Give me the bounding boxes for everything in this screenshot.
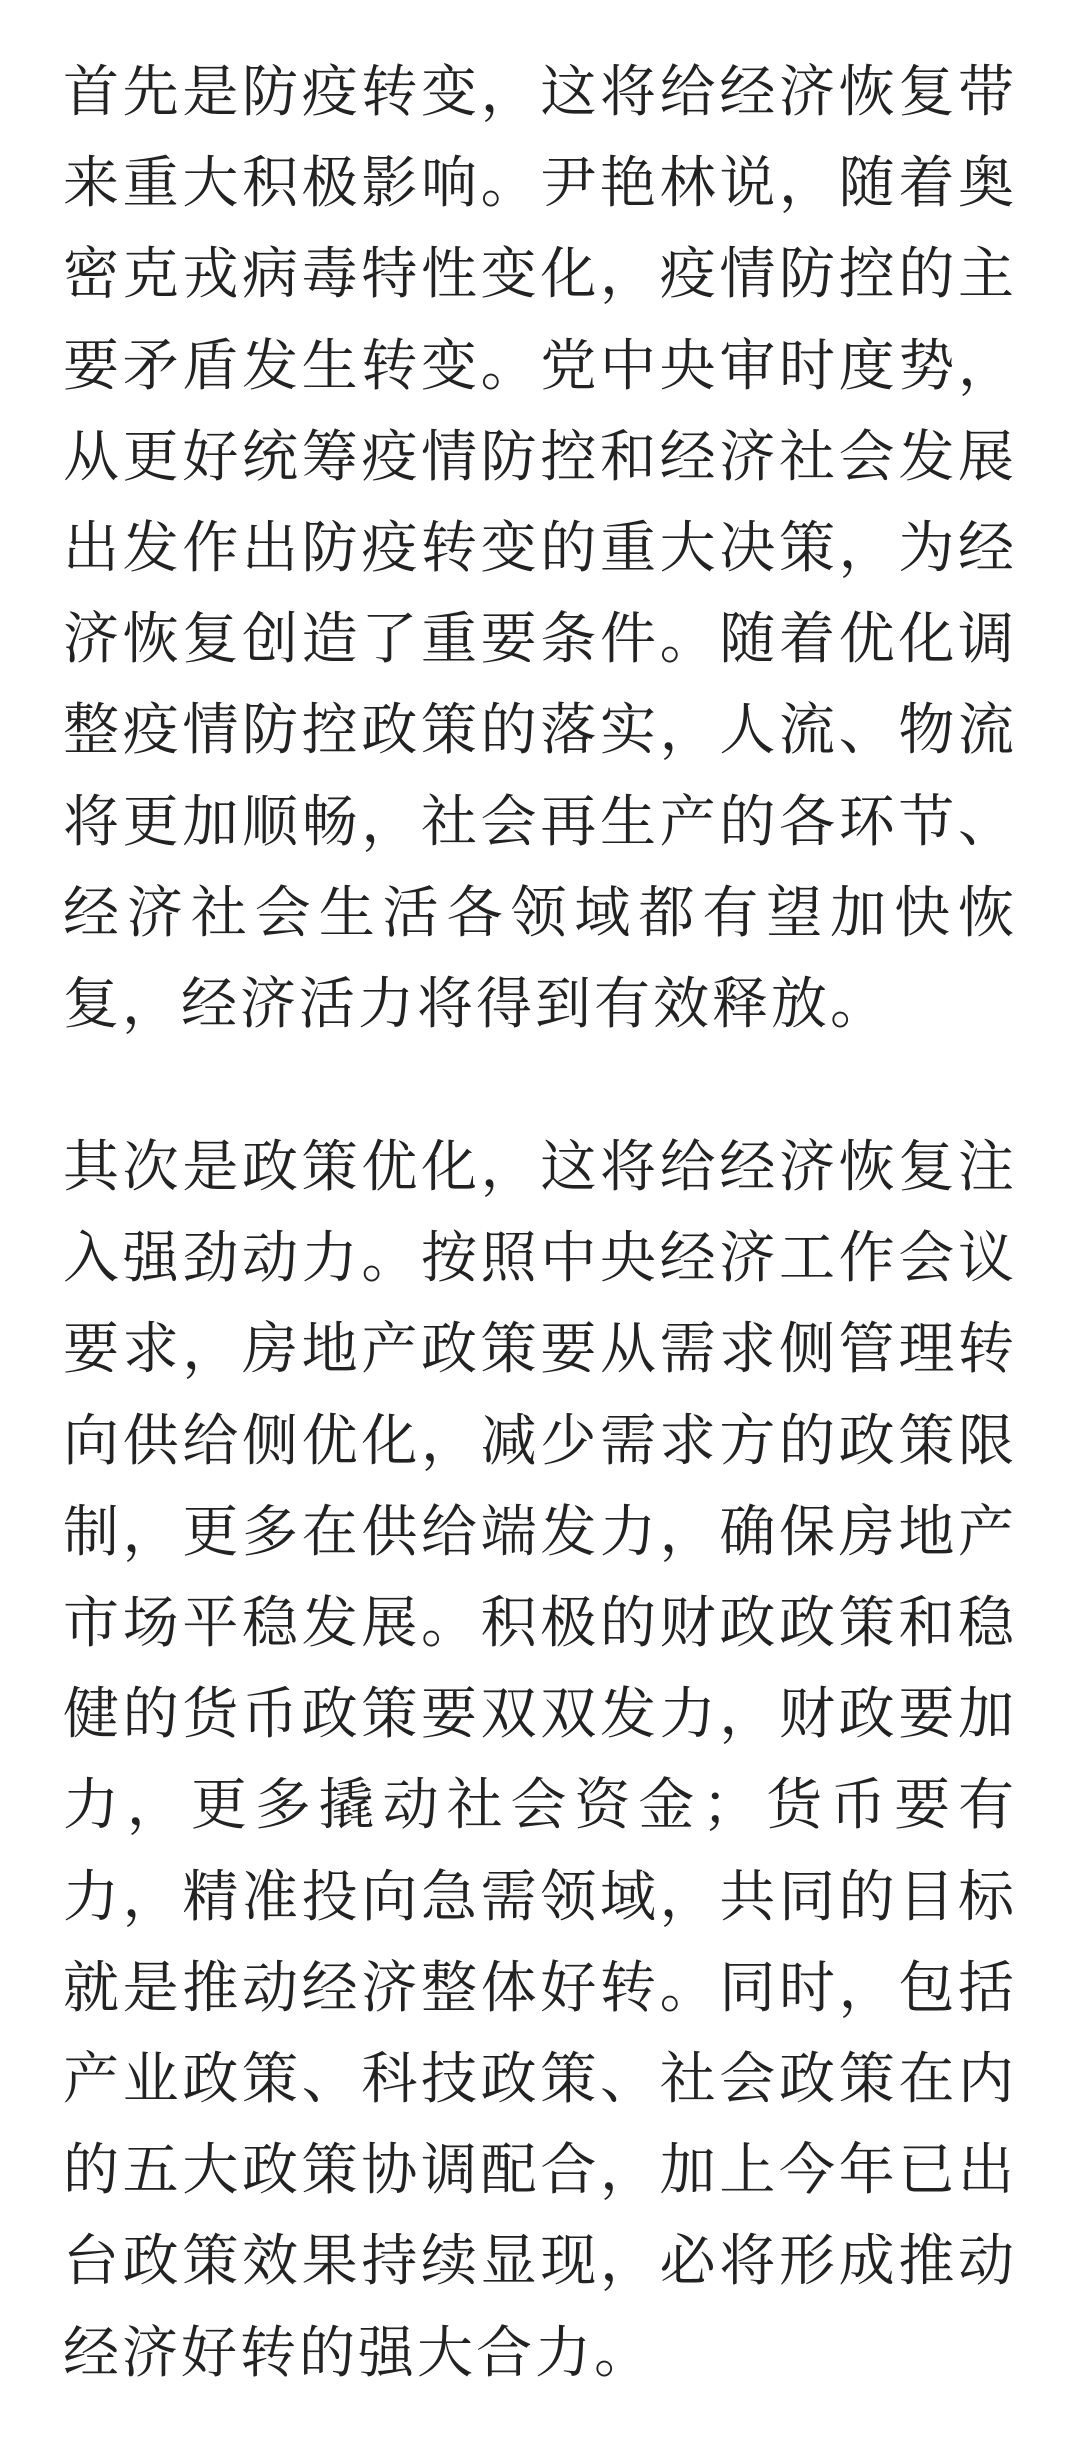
text-line-final: 经济好转的强大合力。	[63, 2308, 1017, 2399]
text-line: 力，更多撬动社会资金；货币要有	[63, 1760, 1017, 1851]
text-line: 要求，房地产政策要从需求侧管理转	[63, 1304, 1017, 1395]
text-line: 其次是政策优化，这将给经济恢复注	[63, 1122, 1017, 1213]
article-body: 首先是防疫转变，这将给经济恢复带 来重大积极影响。尹艳林说，随着奥 密克戎病毒特…	[63, 47, 1017, 2399]
text-line: 济恢复创造了重要条件。随着优化调	[63, 594, 1017, 685]
text-line: 来重大积极影响。尹艳林说，随着奥	[63, 138, 1017, 229]
text-line: 就是推动经济整体好转。同时，包括	[63, 1943, 1017, 2034]
text-line: 要矛盾发生转变。党中央审时度势，	[63, 321, 1017, 412]
text-line: 台政策效果持续显现，必将形成推动	[63, 2216, 1017, 2307]
text-line: 产业政策、科技政策、社会政策在内	[63, 2034, 1017, 2125]
paragraph-policy-optimization: 其次是政策优化，这将给经济恢复注 入强劲动力。按照中央经济工作会议 要求，房地产…	[63, 1122, 1017, 2399]
text-line-final: 复，经济活力将得到有效释放。	[63, 959, 1017, 1050]
paragraph-epidemic-policy-shift: 首先是防疫转变，这将给经济恢复带 来重大积极影响。尹艳林说，随着奥 密克戎病毒特…	[63, 47, 1017, 1050]
text-line: 健的货币政策要双双发力，财政要加	[63, 1669, 1017, 1760]
text-line: 整疫情防控政策的落实，人流、物流	[63, 685, 1017, 776]
text-line: 制，更多在供给端发力，确保房地产	[63, 1487, 1017, 1578]
text-line: 市场平稳发展。积极的财政政策和稳	[63, 1578, 1017, 1669]
text-line: 密克戎病毒特性变化，疫情防控的主	[63, 229, 1017, 320]
text-line: 的五大政策协调配合，加上今年已出	[63, 2125, 1017, 2216]
text-line: 入强劲动力。按照中央经济工作会议	[63, 1213, 1017, 1304]
text-line: 出发作出防疫转变的重大决策，为经	[63, 503, 1017, 594]
text-line: 首先是防疫转变，这将给经济恢复带	[63, 47, 1017, 138]
text-line: 经济社会生活各领域都有望加快恢	[63, 868, 1017, 959]
text-line: 从更好统筹疫情防控和经济社会发展	[63, 412, 1017, 503]
text-line: 力，精准投向急需领域，共同的目标	[63, 1852, 1017, 1943]
text-line: 向供给侧优化，减少需求方的政策限	[63, 1396, 1017, 1487]
text-line: 将更加顺畅，社会再生产的各环节、	[63, 777, 1017, 868]
